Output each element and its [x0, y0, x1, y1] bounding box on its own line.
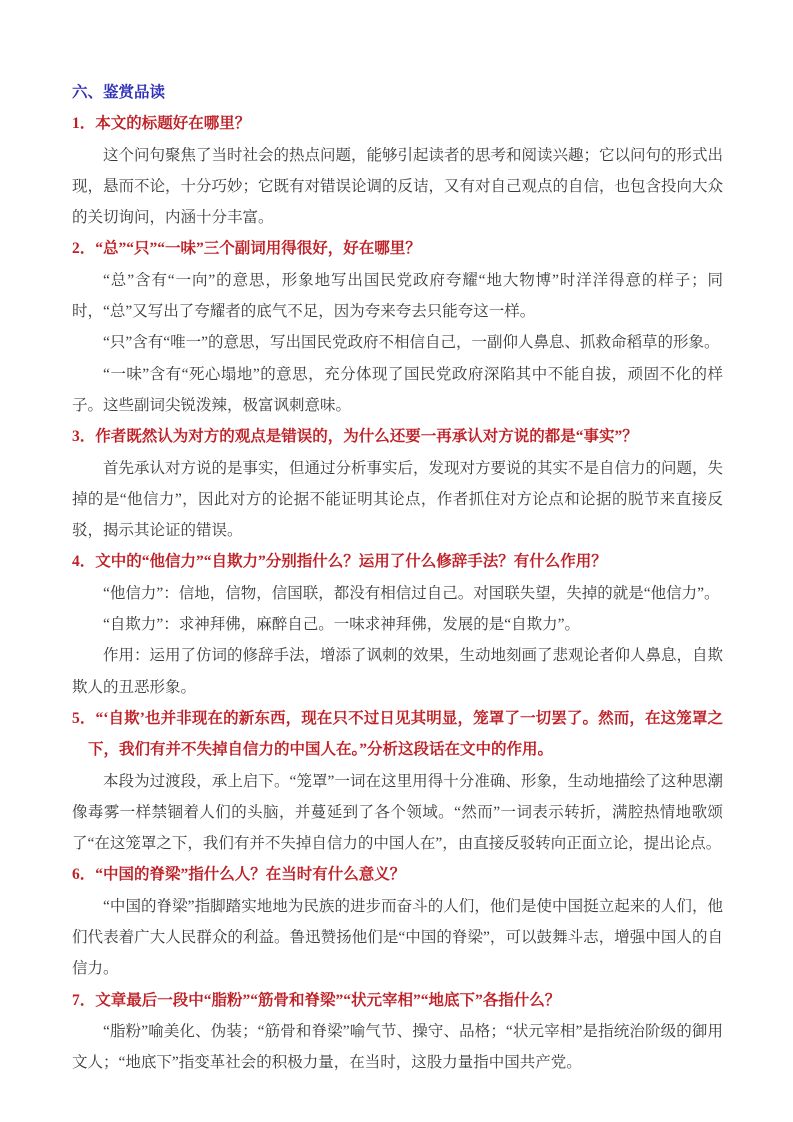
question-text: 6．“中国的脊梁”指什么人？在当时有什么意义？ — [72, 859, 723, 890]
question-text: 3．作者既然认为对方的观点是错误的，为什么还要一再承认对方说的都是“事实”？ — [72, 421, 723, 452]
answer-paragraph: “中国的脊梁”指脚踏实地地为民族的进步而奋斗的人们，他们是使中国挺立起来的人们，… — [72, 891, 723, 985]
qa-item-2: 2．“总”“只”“一味”三个副词用得很好，好在哪里？ “总”含有“一向”的意思，… — [72, 233, 723, 421]
question-text: 1．本文的标题好在哪里？ — [72, 108, 723, 139]
qa-item-6: 6．“中国的脊梁”指什么人？在当时有什么意义？ “中国的脊梁”指脚踏实地地为民族… — [72, 859, 723, 984]
qa-item-3: 3．作者既然认为对方的观点是错误的，为什么还要一再承认对方说的都是“事实”？ 首… — [72, 421, 723, 546]
answer-paragraph: “一味”含有“死心塌地”的意思，充分体现了国民党政府深陷其中不能自拔，顽固不化的… — [72, 359, 723, 422]
question-text: 5．“‘自欺’也并非现在的新东西，现在只不过日见其明显，笼罩了一切罢了。然而，在… — [72, 703, 723, 766]
section-title: 六、鉴赏品读 — [72, 77, 723, 108]
answer-paragraph: “总”含有“一向”的意思，形象地写出国民党政府夸耀“地大物博”时洋洋得意的样子；… — [72, 265, 723, 328]
answer-paragraph: “自欺力”：求神拜佛，麻醉自己。一味求神拜佛，发展的是“自欺力”。 — [72, 609, 723, 640]
question-text: 7．文章最后一段中“脂粉”“筋骨和脊梁”“状元宰相”“地底下”各指什么？ — [72, 985, 723, 1016]
question-text: 2．“总”“只”“一味”三个副词用得很好，好在哪里？ — [72, 233, 723, 264]
answer-paragraph: 这个问句聚焦了当时社会的热点问题，能够引起读者的思考和阅读兴趣；它以问句的形式出… — [72, 140, 723, 234]
answer-paragraph: 作用：运用了仿词的修辞手法，增添了讽刺的效果，生动地刻画了悲观论者仰人鼻息，自欺… — [72, 640, 723, 703]
answer-paragraph: 本段为过渡段，承上启下。“笼罩”一词在这里用得十分准确、形象，生动地描绘了这种思… — [72, 766, 723, 860]
answer-paragraph: “脂粉”喻美化、伪装；“筋骨和脊梁”喻气节、操守、品格；“状元宰相”是指统治阶级… — [72, 1016, 723, 1079]
document-page: 六、鉴赏品读 1．本文的标题好在哪里？ 这个问句聚焦了当时社会的热点问题，能够引… — [0, 0, 793, 1122]
document-content: 六、鉴赏品读 1．本文的标题好在哪里？ 这个问句聚焦了当时社会的热点问题，能够引… — [72, 77, 723, 1079]
answer-paragraph: “只”含有“唯一”的意思，写出国民党政府不相信自己，一副仰人鼻息、抓救命稻草的形… — [72, 327, 723, 358]
qa-item-4: 4．文中的“他信力”“自欺力”分别指什么？运用了什么修辞手法？有什么作用？ “他… — [72, 546, 723, 702]
qa-item-5: 5．“‘自欺’也并非现在的新东西，现在只不过日见其明显，笼罩了一切罢了。然而，在… — [72, 703, 723, 859]
qa-item-7: 7．文章最后一段中“脂粉”“筋骨和脊梁”“状元宰相”“地底下”各指什么？ “脂粉… — [72, 985, 723, 1079]
question-text: 4．文中的“他信力”“自欺力”分别指什么？运用了什么修辞手法？有什么作用？ — [72, 546, 723, 577]
qa-item-1: 1．本文的标题好在哪里？ 这个问句聚焦了当时社会的热点问题，能够引起读者的思考和… — [72, 108, 723, 233]
answer-paragraph: “他信力”：信地，信物，信国联，都没有相信过自己。对国联失望，失掉的就是“他信力… — [72, 578, 723, 609]
answer-paragraph: 首先承认对方说的是事实，但通过分析事实后，发现对方要说的其实不是自信力的问题，失… — [72, 453, 723, 547]
